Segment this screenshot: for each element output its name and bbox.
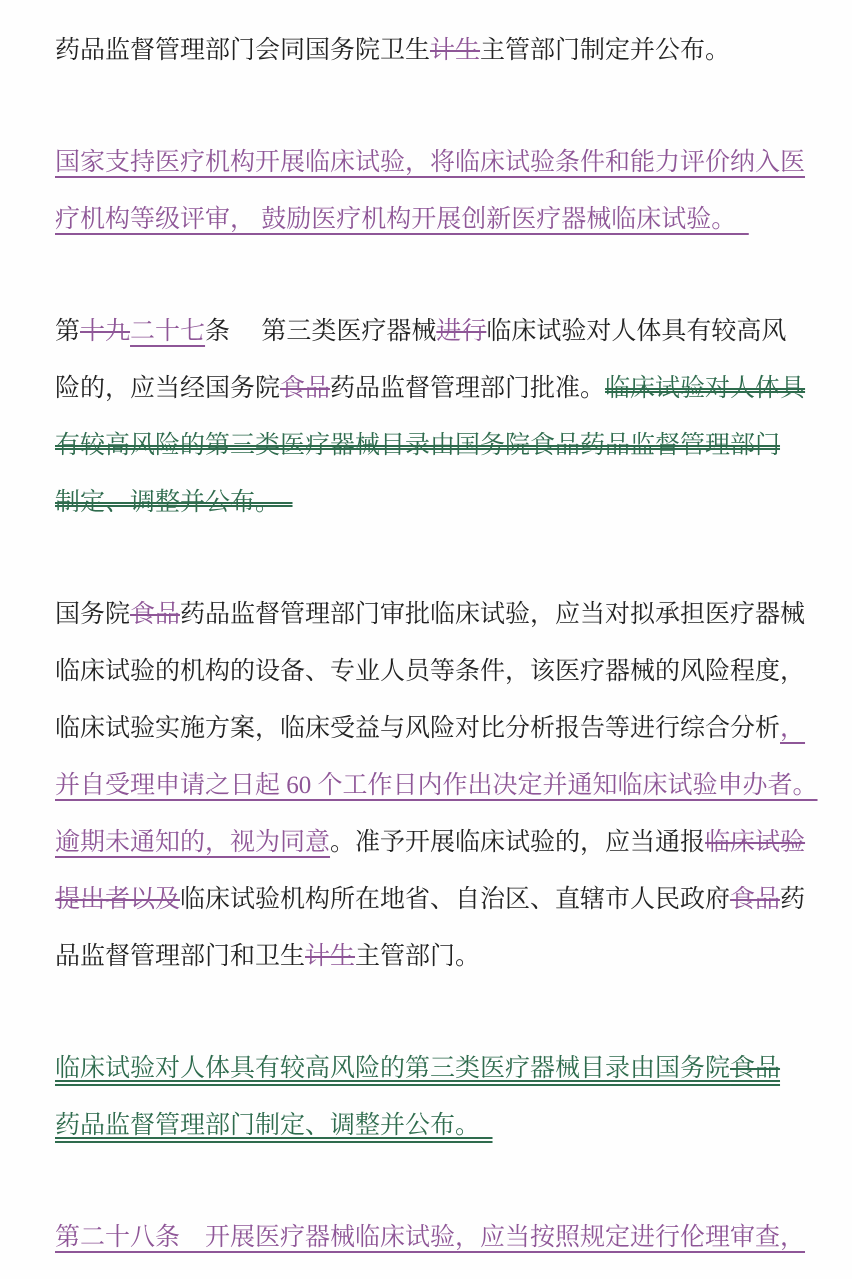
text-segment: 品监督管理部门和卫生 [55,943,305,970]
text-line: 临床试验实施方案，临床受益与风险对比分析报告等进行综合分析， [55,700,812,757]
text-segment: 险的，应当经国务院 [55,375,280,402]
document-page: 药品监督管理部门会同国务院卫生计生主管部门制定并公布。国家支持医疗机构开展临床试… [55,22,812,1279]
text-line: 第二十八条 开展医疗器械临床试验，应当按照规定进行伦理审查， [55,1209,812,1266]
text-segment: 第二十八条 开展医疗器械临床试验，应当按照规定进行伦理审查， [55,1224,805,1251]
text-line: 国务院食品药品监督管理部门审批临床试验，应当对拟承担医疗器械 [55,586,812,643]
text-line: 疗机构等级评审， 鼓励医疗机构开展创新医疗器械临床试验。 [55,191,812,248]
text-segment: 疗机构等级评审， 鼓励医疗机构开展创新医疗器械临床试验。 [55,206,749,233]
text-line: 品监督管理部门和卫生计生主管部门。 [55,928,812,985]
text-segment: 计生 [305,943,355,970]
text-segment: 第 [55,318,80,345]
text-segment: 临床试验对人体具 [605,375,805,402]
paragraph: 第十九二十七条 第三类医疗器械进行临床试验对人体具有较高风险的，应当经国务院食品… [55,303,812,531]
text-segment: 条 [205,318,261,345]
text-segment: 提出者以及 [55,886,180,913]
text-segment: 临床试验机构所在地省、自治区、直辖市人民政府 [180,886,730,913]
text-segment: 食品 [280,375,330,402]
text-segment: 药品监督管理部门制定、调整并公布。 [55,1112,493,1139]
text-segment: 临床试验实施方案，临床受益与风险对比分析报告等进行综合分析 [55,715,780,742]
text-line: 逾期未通知的，视为同意。准予开展临床试验的，应当通报临床试验 [55,814,812,871]
text-segment: 国家支持医疗机构开展临床试验，将临床试验条件和能力评价纳入医 [55,149,805,176]
text-segment: 食品 [730,886,780,913]
text-line: 药品监督管理部门制定、调整并公布。 [55,1097,812,1154]
text-segment: 临床试验对人体具有较高风险的第三类医疗器械目录由国务院 [55,1055,730,1082]
paragraph: 国家支持医疗机构开展临床试验，将临床试验条件和能力评价纳入医疗机构等级评审， 鼓… [55,134,812,248]
paragraph: 第二十八条 开展医疗器械临床试验，应当按照规定进行伦理审查， [55,1209,812,1266]
paragraph: 临床试验对人体具有较高风险的第三类医疗器械目录由国务院食品药品监督管理部门制定、… [55,1040,812,1154]
text-line: 国家支持医疗机构开展临床试验，将临床试验条件和能力评价纳入医 [55,134,812,191]
text-line: 临床试验的机构的设备、专业人员等条件，该医疗器械的风险程度， [55,643,812,700]
text-segment: 临床试验的机构的设备、专业人员等条件，该医疗器械的风险程度， [55,658,805,685]
text-segment-inner: 食品 [730,1055,780,1082]
text-segment: 制定、调整并公布。 [55,489,293,516]
text-segment: 临床试验对人体具有较高风 [486,318,786,345]
text-segment: 主管部门制定并公布。 [480,37,730,64]
text-segment: 并自受理申请之日起 60 个工作日内作出决定并通知临床试验申办者。 [55,772,818,799]
text-line: 有较高风险的第三类医疗器械目录由国务院食品药品监督管理部门 [55,417,812,474]
text-segment: 逾期未通知的，视为同意 [55,829,330,856]
text-line: 提出者以及临床试验机构所在地省、自治区、直辖市人民政府食品药 [55,871,812,928]
text-line: 并自受理申请之日起 60 个工作日内作出决定并通知临床试验申办者。 [55,757,812,814]
text-line: 临床试验对人体具有较高风险的第三类医疗器械目录由国务院食品 [55,1040,812,1097]
text-segment: 有较高风险的第三类医疗器械目录由国务院食品药品监督管理部门 [55,432,780,459]
text-segment: 药品监督管理部门批准。 [330,375,605,402]
text-segment: 食品 [130,601,180,628]
text-line: 险的，应当经国务院食品药品监督管理部门批准。临床试验对人体具 [55,360,812,417]
text-line: 制定、调整并公布。 [55,474,812,531]
text-segment: 药品监督管理部门审批临床试验，应当对拟承担医疗器械 [180,601,805,628]
text-line: 第十九二十七条 第三类医疗器械进行临床试验对人体具有较高风 [55,303,812,360]
text-segment: ， [780,715,805,742]
text-segment: 主管部门。 [355,943,480,970]
text-line: 药品监督管理部门会同国务院卫生计生主管部门制定并公布。 [55,22,812,79]
text-segment: 药品监督管理部门会同国务院卫生 [55,37,430,64]
text-segment: 进行 [436,318,486,345]
text-segment: 食品 [730,1055,780,1082]
paragraph: 国务院食品药品监督管理部门审批临床试验，应当对拟承担医疗器械临床试验的机构的设备… [55,586,812,985]
text-segment: 。准予开展临床试验的，应当通报 [330,829,705,856]
text-segment: 计生 [430,37,480,64]
text-segment: 临床试验 [705,829,805,856]
text-segment: 二十七 [130,318,205,345]
text-segment: 第三类医疗器械 [261,318,436,345]
text-segment: 国务院 [55,601,130,628]
text-segment: 药 [780,886,805,913]
paragraph: 药品监督管理部门会同国务院卫生计生主管部门制定并公布。 [55,22,812,79]
text-segment: 十九 [80,318,130,345]
